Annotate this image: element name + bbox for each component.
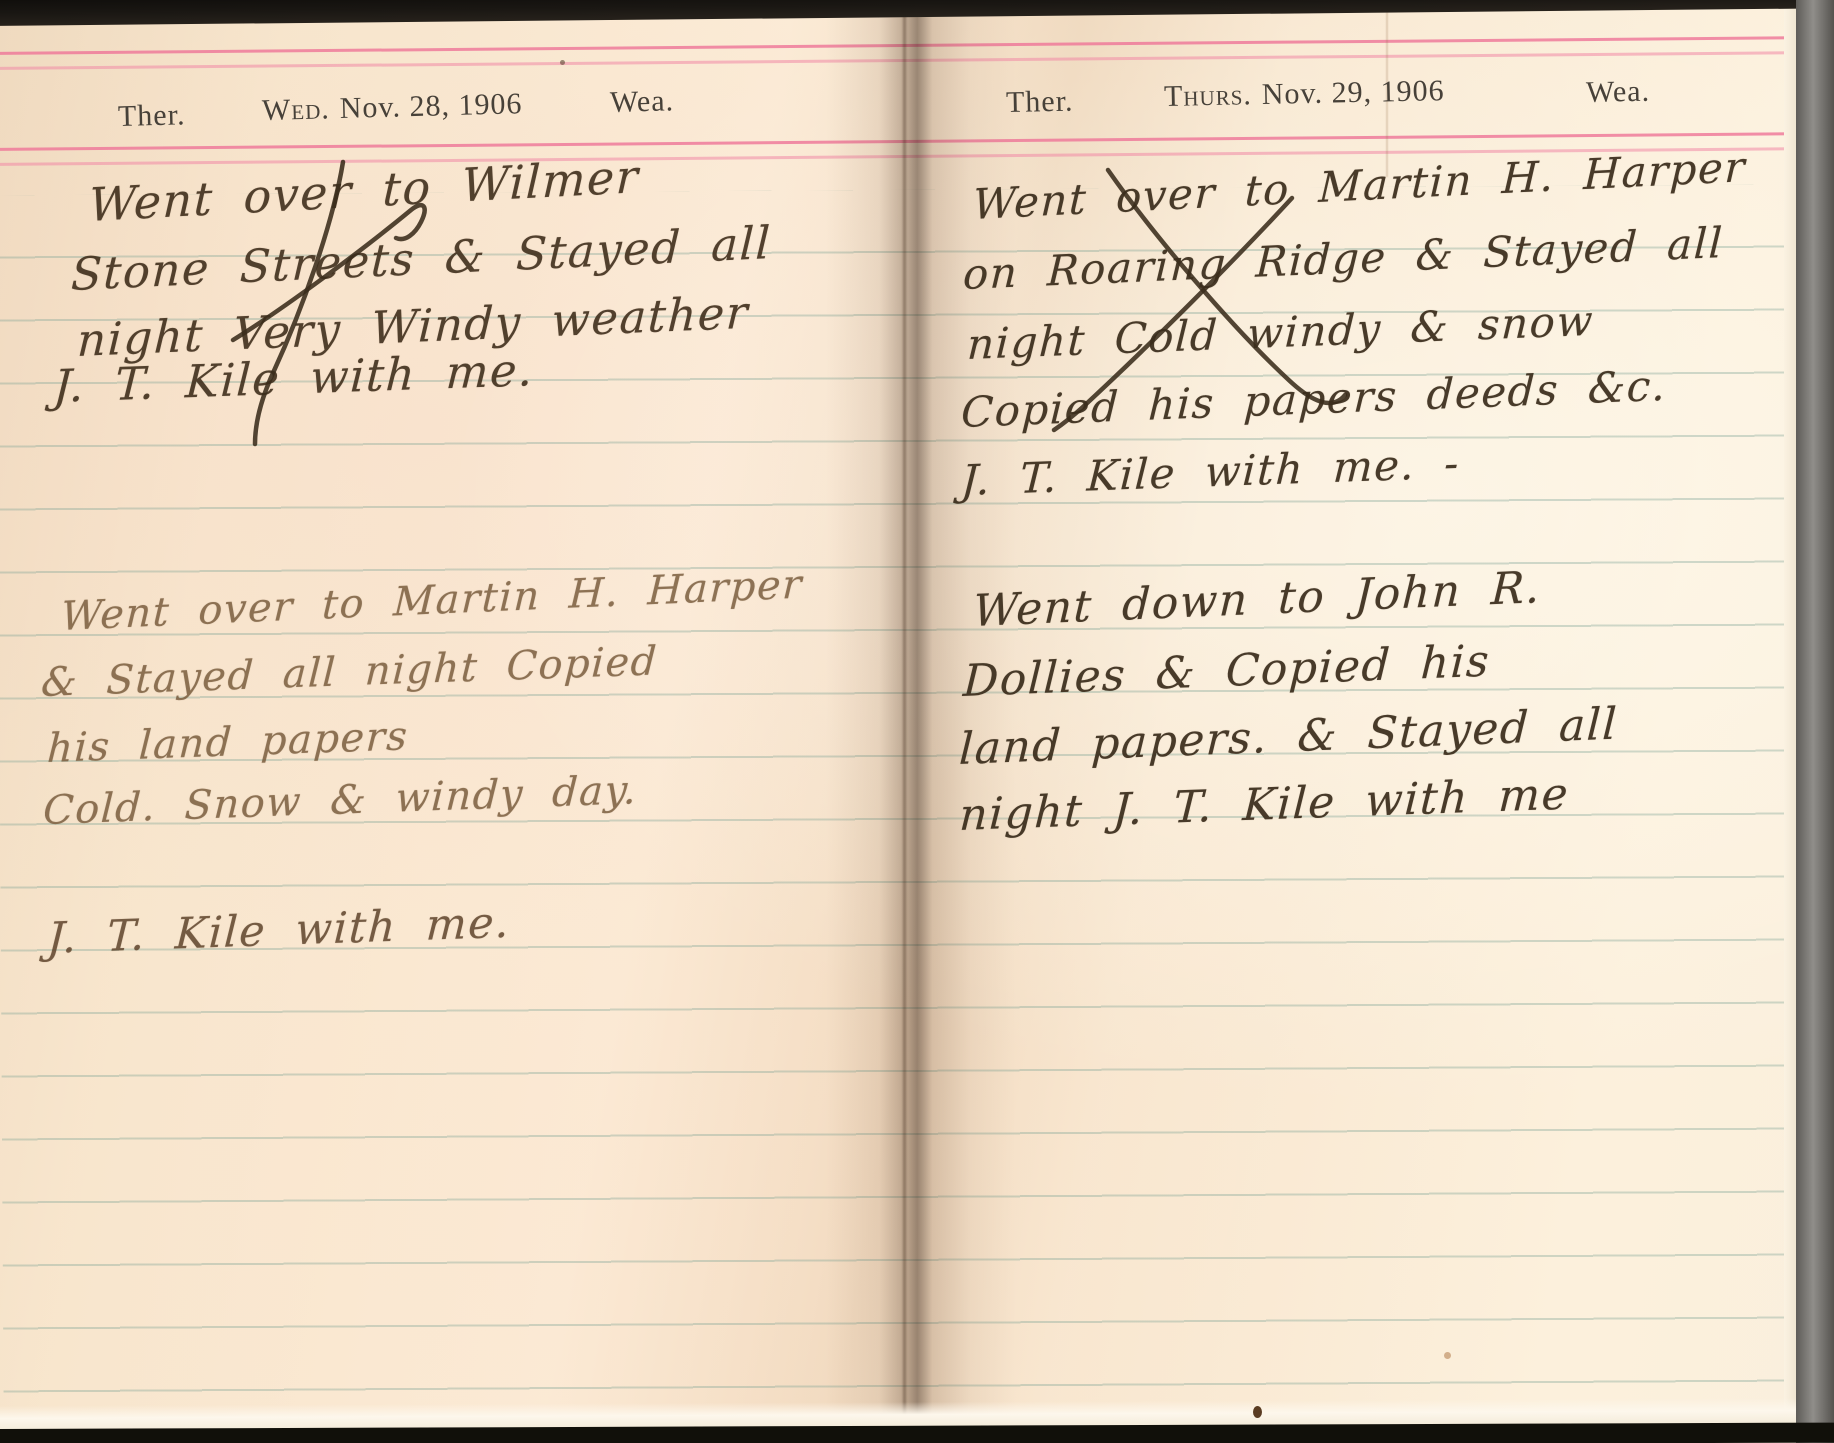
right-header-date: Thurs.Nov. 29, 1906 [1164, 74, 1445, 114]
ink-speck [1253, 1406, 1262, 1418]
open-diary-spread: Ther. Wed.Nov. 28, 1906 Wea. Ther. Thurs… [0, 0, 1834, 1443]
right-header-ther: Ther. [1006, 85, 1074, 120]
crossout-x-right [1042, 158, 1362, 468]
left-header-wea: Wea. [610, 84, 675, 120]
scan-right-edge [1796, 0, 1834, 1443]
left-header-day: Wed. [262, 92, 331, 127]
left-header-ther: Ther. [118, 98, 186, 134]
right-header-wea: Wea. [1586, 75, 1651, 110]
right-header-day: Thurs. [1164, 78, 1253, 113]
left-header-date-text: Nov. 28, 1906 [339, 87, 523, 125]
left-header-date: Wed.Nov. 28, 1906 [262, 87, 523, 128]
crossout-x-left [215, 148, 455, 478]
diary-scan: Ther. Wed.Nov. 28, 1906 Wea. Ther. Thurs… [0, 0, 1834, 1443]
paper-stain [1444, 1352, 1451, 1359]
right-header-date-text: Nov. 29, 1906 [1261, 74, 1444, 111]
gutter-fold-line [903, 0, 906, 1443]
ink-speck [560, 60, 565, 65]
